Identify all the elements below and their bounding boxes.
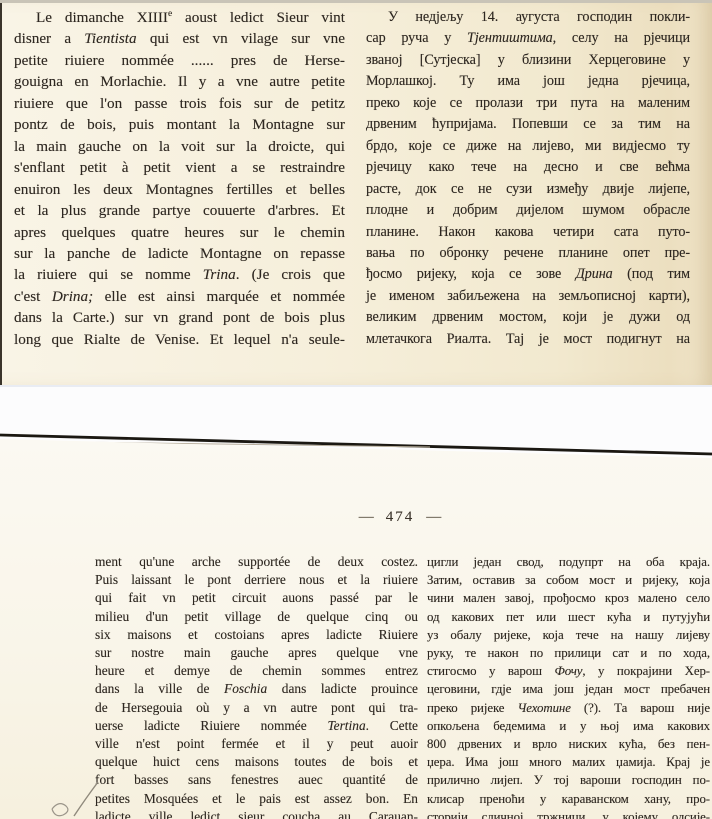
french-column-bottom: ment qu'une arche supportée de deux cost…: [95, 553, 418, 819]
text-line: званој [Сутјеска] у близини Херцеговине …: [366, 50, 690, 71]
text-line: сар руча у Тјентиштима, селу на рјечици: [366, 28, 690, 49]
text-line: Puis laissant le pont derriere nous et l…: [95, 571, 418, 589]
text-line: uerse ladicte Riuiere nommée Tertina. Ce…: [95, 717, 418, 735]
text-line: цеговини, гдје има још један мост пребач…: [427, 680, 710, 698]
page-number: —474—: [90, 509, 710, 526]
text-line: клисар преноћи у караванском хану, про-: [427, 790, 710, 808]
serbian-column-bottom: цигли један свод, подупрт на оба краја.З…: [427, 553, 710, 819]
text-line: ment qu'une arche supportée de deux cost…: [95, 553, 418, 571]
text-line: прилично лијеп. У тој вароши господин по…: [427, 771, 710, 789]
text-line: Затим, оставив за собом мост и ријеку, к…: [427, 571, 710, 589]
french-column-top: Le dimanche XIIIIe aoust ledict Sieur vi…: [14, 7, 345, 350]
text-line: dans la ville de Foschia dans ladicte pr…: [95, 680, 418, 698]
text-line: брдо, које се диже на лијево, ми видјесм…: [366, 136, 690, 157]
text-line: enuiron les deux Montagnes fertilles et …: [14, 179, 345, 200]
text-line: milieu d'un petit village de quelque cin…: [95, 608, 418, 626]
text-line: six maisons et costoians apres ladicte R…: [95, 626, 418, 644]
text-line: млетачкога Риалта. Тај је мост подигнут …: [366, 329, 690, 350]
text-line: руку, те након по прилици сат и по хода,: [427, 644, 710, 662]
text-line: вања по обронку речене планине опет пре-: [366, 243, 690, 264]
text-line: опкољена бедемима и у њој има какових: [427, 717, 710, 735]
text-line: pontz de bois, puis montant la Montagne …: [14, 114, 345, 135]
text-line: расте, док се не сузи између двије лијеп…: [366, 179, 690, 200]
text-line: Le dimanche XIIIIe aoust ledict Sieur vi…: [14, 7, 345, 28]
text-line: У недјељу 14. аугуста господин покли-: [366, 7, 690, 28]
text-line: sur la panche de ladicte Montagne on rep…: [14, 243, 345, 264]
text-line: s'enflant petit à petit vient a se restr…: [14, 157, 345, 178]
text-line: цигли један свод, подупрт на оба краја.: [427, 553, 710, 571]
text-line: сторији сличној тржници, у којему одсије…: [427, 808, 710, 819]
page-number-left-dash: —: [359, 509, 374, 525]
text-line: Морлашкој. Ту има још једна рјечица,: [366, 71, 690, 92]
text-line: quelque huict cens maisons toutes de boi…: [95, 753, 418, 771]
text-line: la main gauche on la voit sur la droicte…: [14, 136, 345, 157]
text-line: qui fait vn petit circuit auons passé pa…: [95, 589, 418, 607]
text-line: ђосмо ријеку, која се зове Дрина (под ти…: [366, 264, 690, 285]
text-line: apres quelques quatre heures sur le chem…: [14, 222, 345, 243]
text-line: ville n'est point fermée et il y peut au…: [95, 735, 418, 753]
page-number-value: 474: [386, 509, 415, 525]
text-line: је именом забиљежена на земљописној карт…: [366, 286, 690, 307]
text-line: стигосмо у варош Фочу, у покрајини Хер-: [427, 662, 710, 680]
text-line: рјечицу како тече на десно и све већма: [366, 157, 690, 178]
text-line: petite riuiere nommée ...... pres de Her…: [14, 50, 345, 71]
text-line: petites Mosquées et le pais est assez bo…: [95, 790, 418, 808]
text-line: et la plus grande partye couuerte d'arbr…: [14, 200, 345, 221]
text-line: long que Rialte de Venise. Et lequel n'a…: [14, 329, 345, 350]
text-line: уз обалу ријеке, која тече на нашу лијев…: [427, 626, 710, 644]
text-line: gouigna en Morlachie. Il y a vne autre p…: [14, 71, 345, 92]
text-line: чини мален завој, прођосмо кроз малено с…: [427, 589, 710, 607]
text-line: преко ријеке Чехотине (?). Та варош није: [427, 699, 710, 717]
text-line: дрвеним ћупријама. Попевши се за тим на: [366, 114, 690, 135]
text-line: великим дрвеним мостом, који је дужи од: [366, 307, 690, 328]
text-line: heure et demye de chemin sommes entrez: [95, 662, 418, 680]
text-line: преко које се пролази три пута на малени…: [366, 93, 690, 114]
text-line: riuiere que l'on passe trois fois sur de…: [14, 93, 345, 114]
text-line: la riuiere qui se nomme Trina. (Je crois…: [14, 264, 345, 285]
scan-left-edge: [0, 3, 2, 385]
text-line: планине. Након какова четири сата путо-: [366, 222, 690, 243]
text-line: disner a Tientista qui est vn vilage sur…: [14, 28, 345, 49]
text-line: dans la Carte.) sur vn grand pont de boi…: [14, 307, 345, 328]
text-line: плодне и добрим дијелом шумом обрасле: [366, 200, 690, 221]
text-line: sur nostre main gauche apres quelque vne: [95, 644, 418, 662]
text-line: fort basses sans fenestres auec quantité…: [95, 771, 418, 789]
page-number-right-dash: —: [426, 509, 441, 525]
text-line: de Hersegouia où y a vn autre pont qui t…: [95, 699, 418, 717]
text-line: ladicte ville ledict sieur coucha au Car…: [95, 808, 418, 819]
scan-top-edge: [0, 0, 712, 3]
text-line: од какових пет или шест кућа и путујући: [427, 608, 710, 626]
text-line: џера. Има још много малих џамија. Крај ј…: [427, 753, 710, 771]
text-line: c'est Drina; elle est ainsi marquée et n…: [14, 286, 345, 307]
text-line: 800 дрвених и врло ниских кућа, без пен-: [427, 735, 710, 753]
serbian-column-top: У недјељу 14. аугуста господин покли-сар…: [366, 7, 690, 350]
